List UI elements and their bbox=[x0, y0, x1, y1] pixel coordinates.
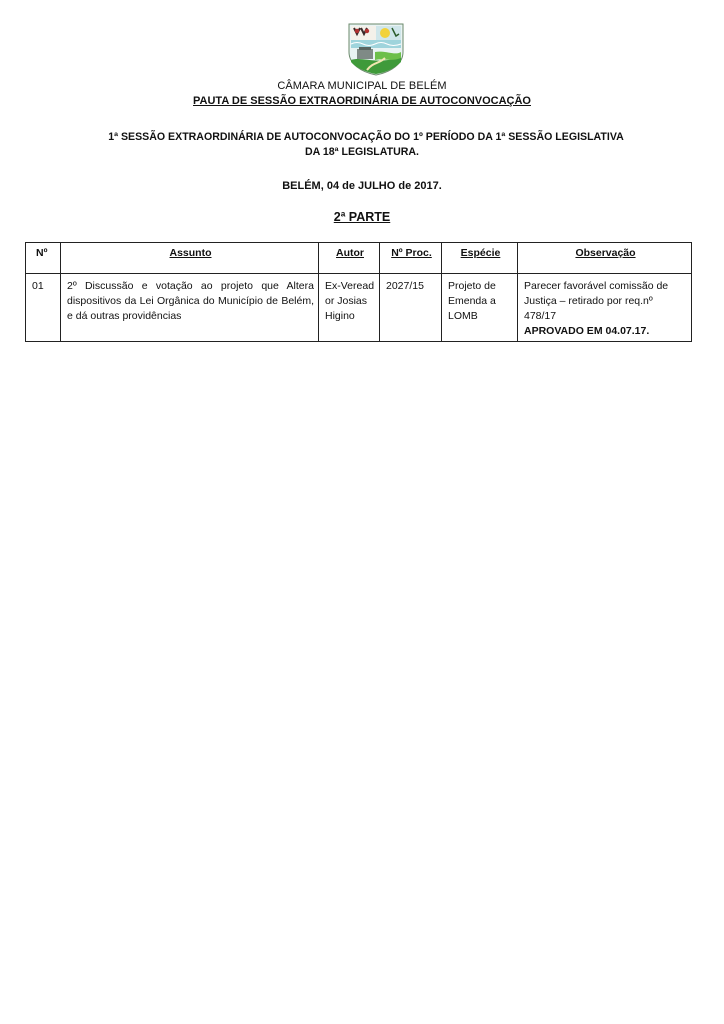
column-header-subject: Assunto bbox=[61, 243, 319, 274]
part-heading: 2ª PARTE bbox=[0, 210, 724, 224]
column-header-observation: Observação bbox=[518, 243, 692, 274]
observation-status: APROVADO EM 04.07.17. bbox=[524, 324, 687, 339]
session-date: BELÉM, 04 de JULHO de 2017. bbox=[0, 180, 724, 192]
column-header-process-number: Nº Proc. bbox=[380, 243, 442, 274]
cell-number: 01 bbox=[26, 274, 61, 342]
cell-observation: Parecer favorável comissão de Justiça – … bbox=[518, 274, 692, 342]
column-header-number: Nº bbox=[26, 243, 61, 274]
cell-type: Projeto de Emenda a LOMB bbox=[442, 274, 518, 342]
cell-subject: 2º Discussão e votação ao projeto que Al… bbox=[61, 274, 319, 342]
session-description-line-1: 1ª SESSÃO EXTRAORDINÁRIA DE AUTOCONVOCAÇ… bbox=[0, 131, 724, 143]
table-header-row: Nº Assunto Autor Nº Proc. Espécie Observ… bbox=[26, 243, 692, 274]
cell-author: Ex-Vereador Josias Higino bbox=[319, 274, 380, 342]
observation-text: Parecer favorável comissão de Justiça – … bbox=[524, 280, 668, 322]
session-description-line-2: DA 18ª LEGISLATURA. bbox=[0, 146, 724, 158]
table-row: 01 2º Discussão e votação ao projeto que… bbox=[26, 274, 692, 342]
column-header-type: Espécie bbox=[442, 243, 518, 274]
chamber-name: CÂMARA MUNICIPAL DE BELÉM bbox=[0, 80, 724, 92]
column-header-author: Autor bbox=[319, 243, 380, 274]
cell-process-number: 2027/15 bbox=[380, 274, 442, 342]
agenda-table: Nº Assunto Autor Nº Proc. Espécie Observ… bbox=[25, 242, 692, 342]
agenda-title: PAUTA DE SESSÃO EXTRAORDINÁRIA DE AUTOCO… bbox=[0, 95, 724, 107]
belem-coat-of-arms-icon bbox=[345, 22, 407, 76]
